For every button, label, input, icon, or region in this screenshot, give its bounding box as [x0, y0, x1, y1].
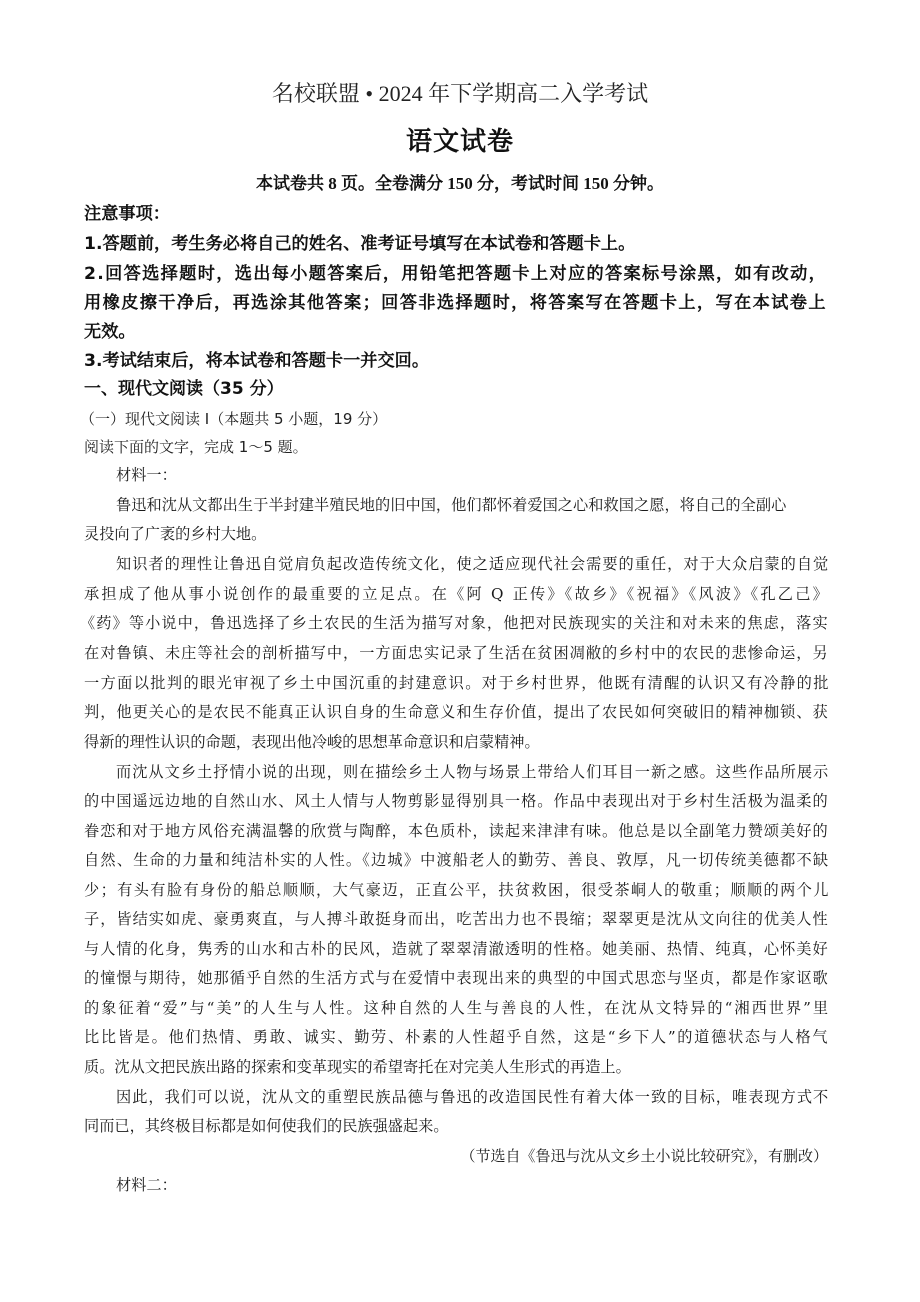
material1-line: 少；有头有脸有身份的船总顺顺，大气豪迈，正直公平，扶贫救困，很受茶峒人的敬重；顺…: [84, 883, 830, 898]
material1-label: 材料一：: [116, 468, 177, 483]
notices-heading: 注意事项：: [84, 206, 170, 223]
material1-citation: （节选自《鲁迅与沈从文乡土小说比较研究》，有删改）: [460, 1149, 828, 1164]
material1-line: 一方面以批判的眼光审视了乡土中国沉重的封建意识。对于乡村世界，他既有清醒的认识又…: [84, 676, 830, 691]
material1-line: 承担成了他从事小说创作的最重要的立足点。在《阿 Q 正传》《故乡》《祝福》《风波…: [84, 587, 830, 602]
exam-info: 本试卷共 8 页。全卷满分 150 分，考试时间 150 分钟。: [0, 175, 920, 192]
material1-line: 质。沈从文把民族出路的探索和变革现实的希望寄托在对完美人生形式的再造上。: [84, 1060, 631, 1075]
exam-title: 名校联盟 • 2024 年下学期高二入学考试: [0, 83, 920, 105]
material1-line: 子，皆结实如虎、豪勇爽直，与人搏斗敢挺身而出，吃苦出力也不畏缩；翠翠更是沈从文向…: [84, 912, 829, 927]
material1-line: 自然、生命的力量和纯洁朴实的人性。《边城》中渡船老人的勤劳、善良、敦厚，凡一切传…: [84, 853, 829, 868]
material1-line: 判，他更关心的是农民不能真正认识自身的生命意义和生存价值，提出了农民如何突破旧的…: [84, 705, 829, 720]
material1-line: 因此，我们可以说，沈从文的重塑民族品德与鲁迅的改造国民性有着大体一致的目标，唯表…: [116, 1090, 829, 1105]
material1-line: 眷恋和对于地方风俗充满温馨的欣赏与陶醉，本色质朴，读起来津津有味。他总是以全副笔…: [84, 824, 829, 839]
material1-line: 得新的理性认识的命题，表现出他冷峻的思想革命意识和启蒙精神。: [84, 735, 540, 750]
section-title: 一、现代文阅读（35 分）: [84, 381, 284, 398]
material1-line: 同而已，其终极目标都是如何使我们的民族强盛起来。: [84, 1119, 449, 1134]
subsection-title: （一）现代文阅读 I（本题共 5 小题，19 分）: [80, 412, 387, 427]
material1-line: 《药》等小说中，鲁迅选择了乡土农民的生活为描写对象，他把对民族现实的关注和对未来…: [80, 616, 829, 631]
material1-line: 灵投向了广袤的乡村大地。: [84, 527, 266, 542]
material1-line: 知识者的理性让鲁迅自觉肩负起改造传统文化，使之适应现代社会需要的重任，对于大众启…: [116, 557, 829, 572]
material1-line: 的中国遥远边地的自然山水、风土人情与人物剪影显得别具一格。作品中表现出对于乡村生…: [84, 794, 829, 809]
notice-item-2-cont: 用橡皮擦干净后，再选涂其他答案；回答非选择题时，将答案写在答题卡上，写在本试卷上: [84, 295, 827, 312]
material1-line: 鲁迅和沈从文都出生于半封建半殖民地的旧中国，他们都怀着爱国之心和救国之愿，将自己…: [116, 498, 826, 513]
material2-label: 材料二：: [116, 1178, 177, 1193]
material1-line: 在对鲁镇、未庄等社会的剖析描写中，一方面忠实记录了生活在贫困凋敝的乡村中的农民的…: [84, 646, 829, 661]
notice-item-3: 3.考试结束后，将本试卷和答题卡一并交回。: [84, 353, 429, 370]
material1-line: 比比皆是。他们热情、勇敢、诚实、勤劳、朴素的人性超乎自然，这是“乡下人”的道德状…: [84, 1030, 829, 1045]
material1-line: 的憧憬与期待，她那循乎自然的生活方式与在爱情中表现出来的典型的中国式思恋与坚贞，…: [84, 971, 829, 986]
exam-page: 名校联盟 • 2024 年下学期高二入学考试 语文试卷 本试卷共 8 页。全卷满…: [0, 0, 920, 1302]
material1-line: 而沈从文乡土抒情小说的出现，则在描绘乡土人物与场景上带给人们耳目一新之感。这些作…: [116, 765, 829, 780]
notice-item-2: 2.回答选择题时，选出每小题答案后，用铅笔把答题卡上对应的答案标号涂黑，如有改动…: [84, 266, 827, 283]
reading-instruction: 阅读下面的文字，完成 1～5 题。: [84, 440, 308, 455]
notice-item-2-end: 无效。: [84, 324, 136, 341]
subject-title: 语文试卷: [0, 129, 920, 155]
material1-line: 的象征着“爱”与“美”的人生与人性。这种自然的人生与善良的人性，在沈从文特异的“…: [84, 1001, 830, 1016]
material1-line: 与人情的化身，隽秀的山水和古朴的民风，造就了翠翠清澈透明的性格。她美丽、热情、纯…: [84, 942, 829, 957]
notice-item-1: 1.答题前，考生务必将自己的姓名、准考证号填写在本试卷和答题卡上。: [84, 236, 635, 253]
